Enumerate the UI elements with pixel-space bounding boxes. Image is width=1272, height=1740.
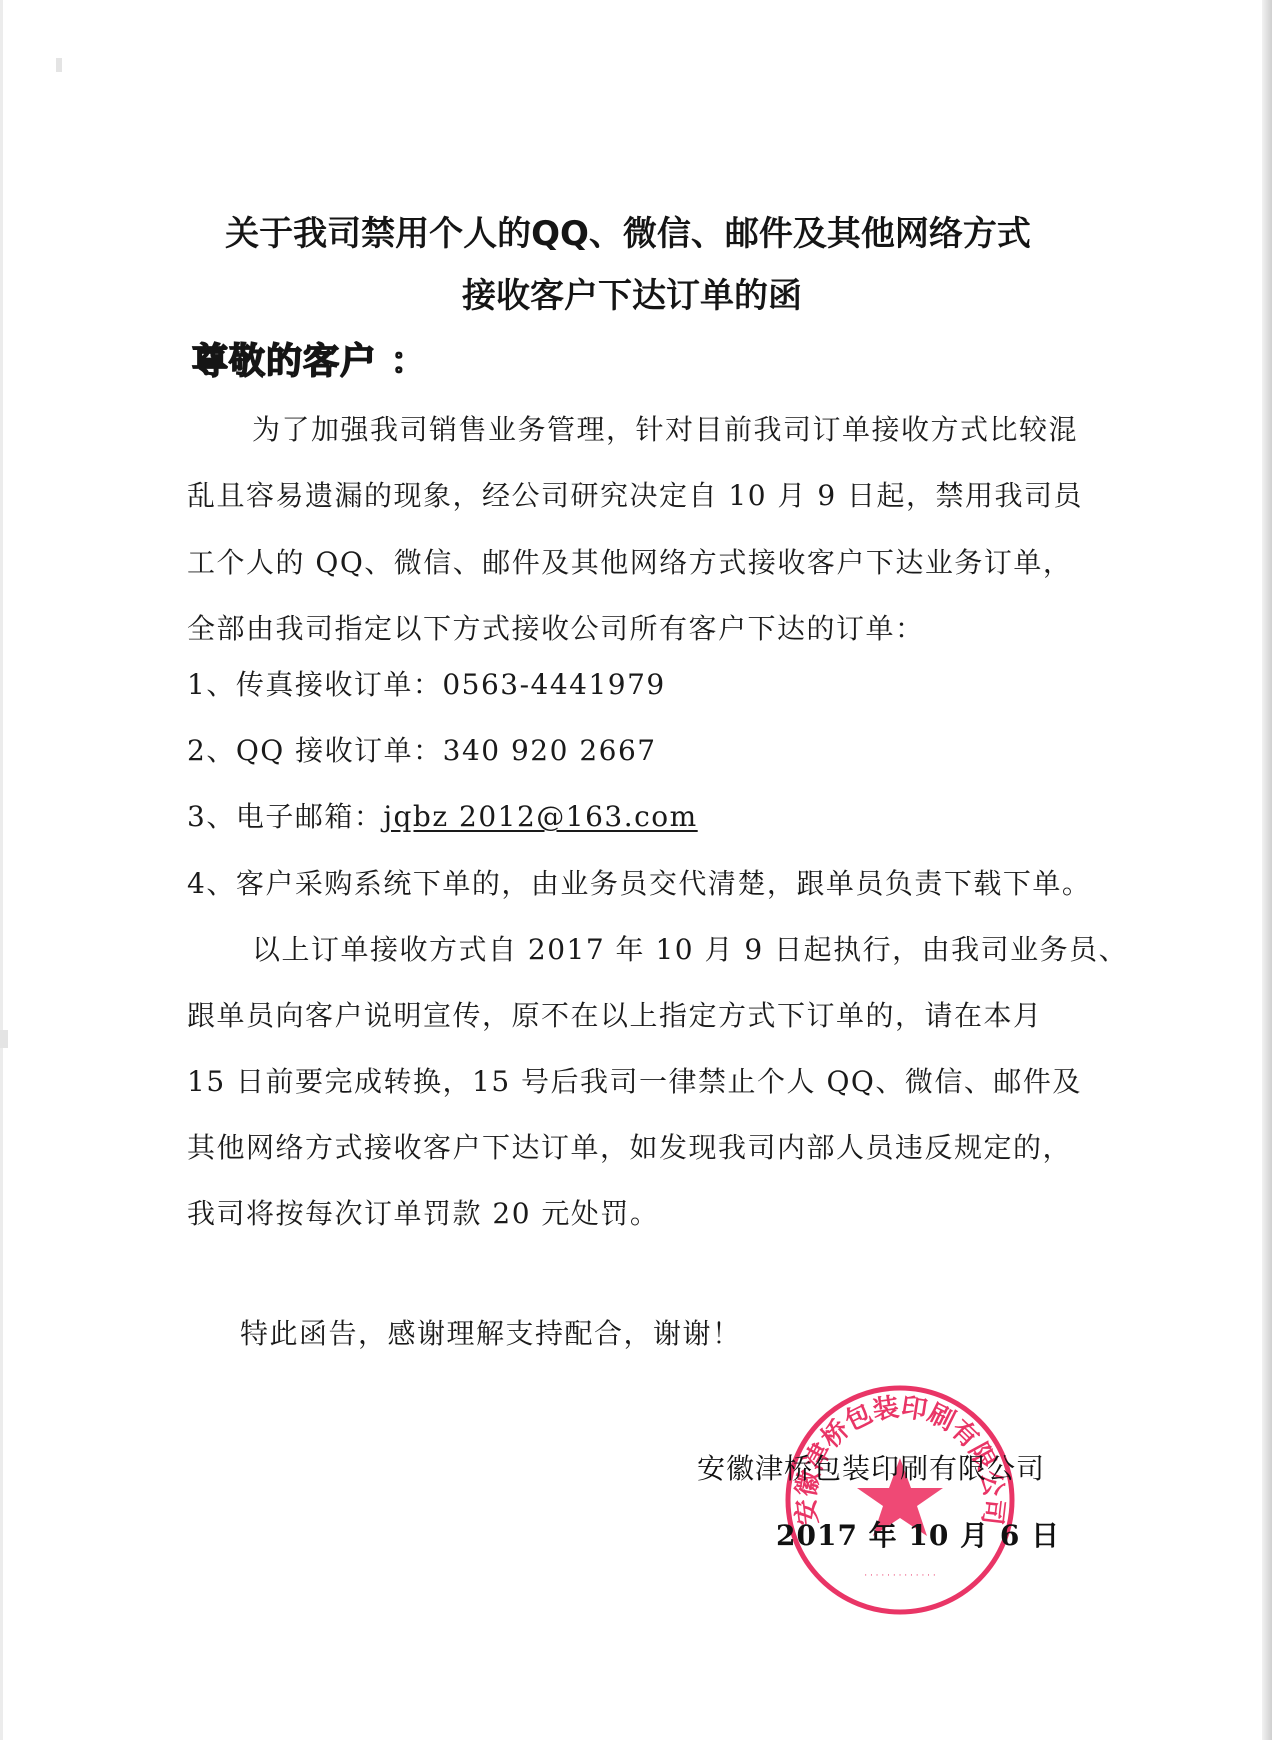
list-item-procurement: 4、客户采购系统下单的，由业务员交代清楚，跟单员负责下载下单。: [187, 862, 1091, 902]
paragraph-2-line: 我司将按每次订单罚款 20 元处罚。: [187, 1192, 659, 1232]
document-title-line-2: 接收客户下达订单的函: [0, 268, 1268, 317]
paragraph-2-line: 15 日前要完成转换，15 号后我司一律禁止个人 QQ、微信、邮件及: [187, 1060, 1082, 1100]
document-title-line-1: 关于我司禁用个人的QQ、微信、邮件及其他网络方式: [0, 206, 1264, 255]
list-item-label: 3、电子邮箱：: [187, 800, 383, 833]
scan-edge-right: [1262, 0, 1272, 1740]
svg-text:· · · · · · · · · · · · ·: · · · · · · · · · · · · ·: [864, 1571, 936, 1581]
company-name: 安徽津桥包装印刷有限公司: [697, 1447, 1045, 1487]
qq-number: 340 920 2667: [443, 734, 657, 767]
scan-edge-left: [0, 0, 3, 1740]
scan-speck: [0, 1030, 8, 1048]
scan-speck: [56, 58, 62, 72]
closing-line: 特此函告，感谢理解支持配合，谢谢！: [240, 1312, 742, 1352]
paragraph-1-line: 全部由我司指定以下方式接收公司所有客户下达的订单：: [187, 607, 925, 647]
paragraph-2-line: 跟单员向客户说明宣传，原不在以上指定方式下订单的，请在本月: [187, 994, 1043, 1034]
fax-number: 0563-4441979: [442, 668, 665, 701]
list-item-fax: 1、传真接收订单：0563-4441979: [187, 663, 666, 703]
paragraph-1-line: 为了加强我司销售业务管理，针对目前我司订单接收方式比较混: [252, 408, 1078, 448]
list-item-qq: 2、QQ 接收订单：340 920 2667: [187, 729, 657, 769]
paragraph-2-line: 其他网络方式接收客户下达订单，如发现我司内部人员违反规定的，: [187, 1126, 1072, 1166]
paragraph-1-line: 乱且容易遗漏的现象，经公司研究决定自 10 月 9 日起，禁用我司员: [187, 474, 1083, 514]
list-item-email: 3、电子邮箱：jqbz 2012@163.com: [187, 795, 698, 835]
company-seal-icon: 安徽津桥包装印刷有限公司 · · · · · · · · · · · · ·: [780, 1380, 1020, 1620]
list-item-label: 2、QQ 接收订单：: [187, 734, 443, 767]
signature-date: 2017 年 10 月 6 日: [776, 1514, 1060, 1554]
greeting: 尊敬的客户 ：: [192, 333, 428, 384]
list-item-label: 1、传真接收订单：: [187, 668, 442, 701]
paragraph-2-line: 以上订单接收方式自 2017 年 10 月 9 日起执行，由我司业务员、: [252, 928, 1128, 968]
list-item-label: 4、客户采购系统下单的，由业务员交代清楚，跟单员负责下载下单。: [187, 867, 1091, 900]
email-address: jqbz 2012@163.com: [383, 800, 697, 833]
paragraph-1-line: 工个人的 QQ、微信、邮件及其他网络方式接收客户下达业务订单，: [187, 541, 1072, 581]
